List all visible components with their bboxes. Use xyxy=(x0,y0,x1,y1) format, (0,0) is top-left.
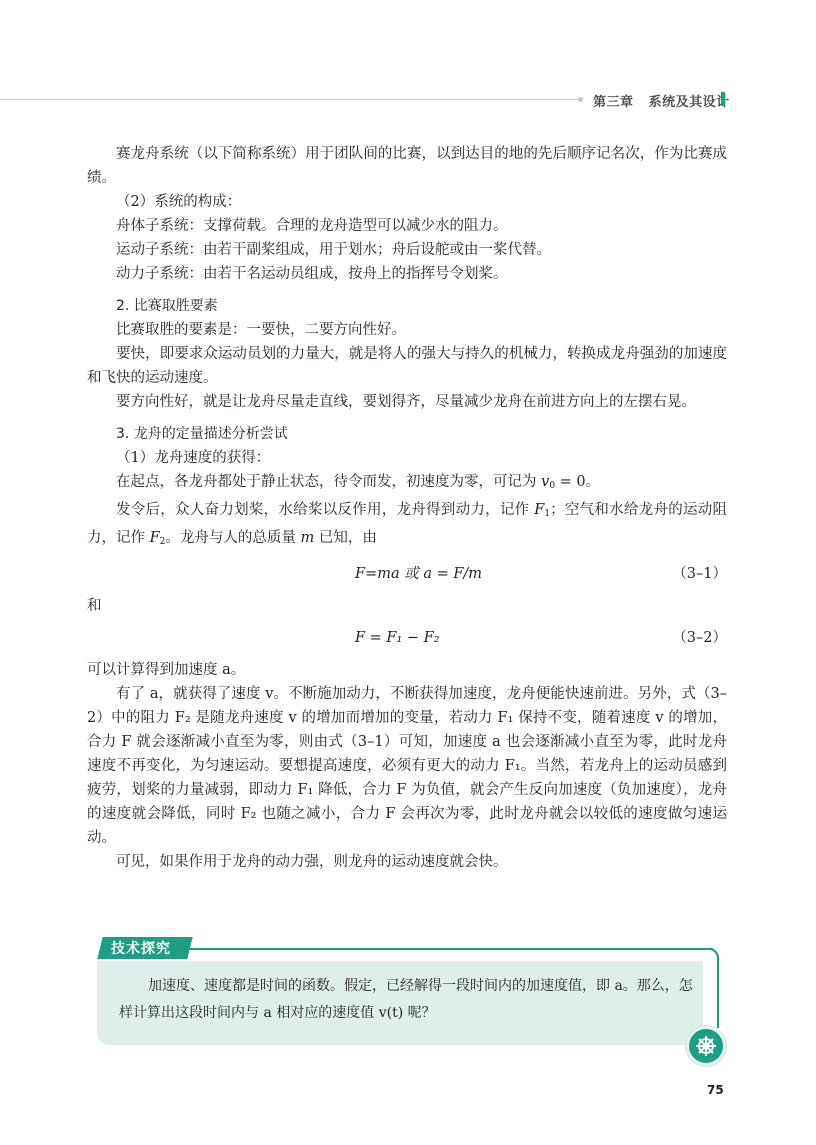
composition-heading: （2）系统的构成： xyxy=(87,190,727,214)
header-accent-mark xyxy=(721,92,725,106)
equation-3-2: F = F₁ − F₂ （3–2） xyxy=(87,618,727,658)
header-rule xyxy=(0,99,580,100)
equation-formula: F = F₁ − F₂ xyxy=(355,618,440,658)
tech-explore-box: 技术探究 加速度、速度都是时间的函数。假定，已经解得一段时间内的加速度值，即 a… xyxy=(97,937,719,1045)
connector-word: 和 xyxy=(87,594,727,618)
explore-border-line xyxy=(189,948,713,950)
explore-text: 加速度、速度都是时间的函数。假定，已经解得一段时间内的加速度值，即 a。那么，怎… xyxy=(119,973,699,1027)
intro-paragraph: 赛龙舟系统（以下简称系统）用于团队间的比赛，以到达目的地的先后顺序记名次，作为比… xyxy=(87,142,727,190)
composition-item: 舟体子系统：支撑荷载。合理的龙舟造型可以减少水的阻力。 xyxy=(87,214,727,238)
paragraph: 可以计算得到加速度 a。 xyxy=(87,658,727,682)
text: 已知，由 xyxy=(314,530,377,546)
subsection-heading: （1）龙舟速度的获得： xyxy=(87,446,727,470)
gear-icon xyxy=(686,1026,726,1066)
paragraph-forces: 发令后，众人奋力划桨，水给桨以反作用，龙舟得到动力，记作 F1；空气和水给龙舟的… xyxy=(87,498,727,554)
equation-number: （3–1） xyxy=(672,554,727,594)
paragraph: 可见，如果作用于龙舟的动力强，则龙舟的运动速度就会快。 xyxy=(87,850,727,874)
paragraph: 要快，即要求众运动员划的力量大，就是将人的强大与持久的机械力，转换成龙舟强劲的加… xyxy=(87,342,727,390)
var-F: F xyxy=(150,530,160,546)
header-rule-dot xyxy=(578,97,583,102)
section-heading-2: 2. 比赛取胜要素 xyxy=(87,294,727,318)
text: 在起点，各龙舟都处于静止状态，待令而发，初速度为零，可记为 xyxy=(116,474,541,490)
paragraph: 有了 a，就获得了速度 v。不断施加动力，不断获得加速度，龙舟便能快速前进。另外… xyxy=(87,682,727,850)
paragraph-initial-velocity: 在起点，各龙舟都处于静止状态，待令而发，初速度为零，可记为 v0 = 0。 xyxy=(87,470,727,498)
explore-border-corner xyxy=(705,948,719,1028)
paragraph: 要方向性好，就是让龙舟尽量走直线，要划得齐，尽量减少龙舟在前进方向上的左摆右晃。 xyxy=(87,390,727,414)
running-header: 第三章 系统及其设计 xyxy=(593,91,730,110)
composition-item: 动力子系统：由若干名运动员组成，按舟上的指挥号令划桨。 xyxy=(87,262,727,286)
paragraph: 比赛取胜的要素是：一要快，二要方向性好。 xyxy=(87,318,727,342)
var-m: m xyxy=(301,530,315,546)
page-number: 75 xyxy=(707,1083,724,1097)
equation-formula: F=ma 或 a = F/m xyxy=(355,554,482,594)
text: 发令后，众人奋力划桨，水给桨以反作用，龙舟得到动力，记作 xyxy=(116,502,534,518)
explore-content: 加速度、速度都是时间的函数。假定，已经解得一段时间内的加速度值，即 a。那么，怎… xyxy=(97,961,703,1045)
chapter-label: 第三章 xyxy=(593,95,634,110)
text: 。龙舟与人的总质量 xyxy=(165,530,300,546)
var-F: F xyxy=(534,502,544,518)
chapter-title: 系统及其设计 xyxy=(649,95,730,110)
explore-tab-label: 技术探究 xyxy=(111,938,171,958)
composition-item: 运动子系统：由若干副桨组成，用于划水；舟后设舵或由一桨代替。 xyxy=(87,238,727,262)
equation-3-1: F=ma 或 a = F/m （3–1） xyxy=(87,554,727,594)
page-body: 赛龙舟系统（以下简称系统）用于团队间的比赛，以到达目的地的先后顺序记名次，作为比… xyxy=(87,142,727,874)
equation-number: （3–2） xyxy=(672,618,727,658)
section-heading-3: 3. 龙舟的定量描述分析尝试 xyxy=(87,422,727,446)
text: = 0。 xyxy=(555,474,600,490)
